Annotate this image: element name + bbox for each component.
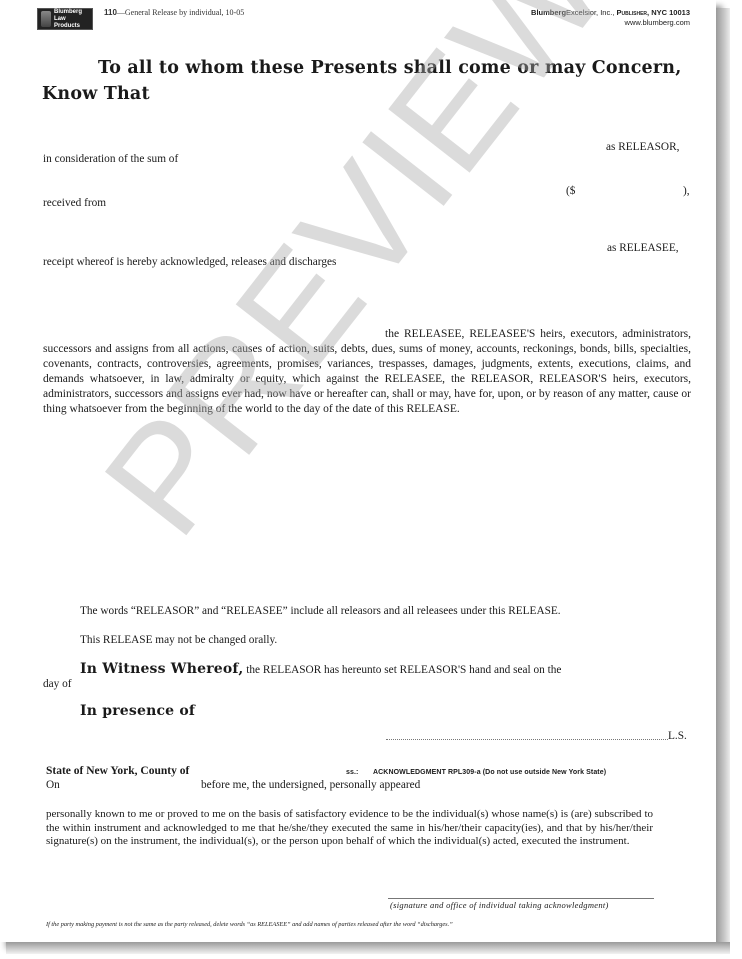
publisher-name: Excelsior, Inc.,: [566, 8, 616, 17]
release-paragraph: the RELEASEE, RELEASEE'S heirs, executor…: [43, 327, 691, 417]
received-from-label: received from: [43, 197, 106, 209]
document-title: To all to whom these Presents shall come…: [98, 58, 682, 78]
page-shadow-bottom: [6, 942, 730, 954]
day-of-label: day of: [43, 678, 72, 690]
dollar-open: ($: [566, 185, 575, 197]
publisher-brand: Blumberg: [531, 8, 566, 17]
witness-text: the RELEASOR has hereunto set RELEASOR'S…: [243, 664, 561, 676]
release-paragraph-text: the RELEASEE, RELEASEE'S heirs, executor…: [43, 328, 691, 415]
form-number-value: 110: [104, 8, 117, 17]
sum-words-field[interactable]: [200, 180, 560, 194]
as-releasee-label: as RELEASEE,: [607, 242, 679, 254]
witness-lead: In Witness Whereof,: [80, 661, 243, 677]
form-description: —General Release by individual, 10-05: [117, 8, 244, 17]
notary-signature-line[interactable]: [388, 898, 654, 899]
ss-label: ss.:: [346, 769, 358, 776]
form-number: 110—General Release by individual, 10-05: [104, 8, 244, 17]
releasor-signature-line[interactable]: [386, 739, 668, 740]
county-field[interactable]: [250, 762, 340, 776]
footnote: If the party making payment is not the s…: [46, 921, 453, 928]
no-oral-change-clause: This RELEASE may not be changed orally.: [80, 634, 277, 646]
releasee-name-field[interactable]: [43, 222, 598, 240]
before-me-label: before me, the undersigned, personally a…: [201, 779, 420, 791]
publisher-info: BlumbergExcelsior, Inc., Publisher, NYC …: [531, 8, 690, 28]
document-subtitle: Know That: [42, 84, 150, 104]
on-label: On: [46, 779, 60, 791]
justice-figure-icon: [41, 11, 51, 27]
seal-label: L.S.: [668, 730, 687, 742]
publisher-logo: Blumberg Law Products: [37, 8, 93, 30]
date-field[interactable]: [70, 778, 190, 792]
publisher-role: Publisher, NYC 10013: [616, 8, 690, 17]
consideration-label: in consideration of the sum of: [43, 153, 178, 165]
publisher-website: www.blumberg.com: [531, 18, 690, 28]
acknowledgment-title: ACKNOWLEDGMENT RPL309-a (Do not use outs…: [373, 769, 606, 776]
signature-caption: (signature and office of individual taki…: [390, 900, 609, 910]
as-releasor-label: as RELEASOR,: [606, 141, 679, 153]
logo-text: Blumberg Law Products: [54, 9, 92, 30]
state-county-label: State of New York, County of: [46, 765, 189, 777]
discharged-parties-field[interactable]: [43, 280, 683, 320]
acknowledgment-body: personally known to me or proved to me o…: [46, 808, 653, 849]
sum-amount-field[interactable]: [580, 180, 680, 194]
in-presence-of-label: In presence of: [80, 703, 195, 719]
witness-clause: In Witness Whereof, the RELEASOR has her…: [80, 660, 561, 678]
definitions-clause: The words “RELEASOR” and “RELEASEE” incl…: [80, 605, 561, 617]
dollar-close: ),: [683, 185, 690, 197]
receipt-whereof-label: receipt whereof is hereby acknowledged, …: [43, 256, 336, 268]
page-shadow-right: [716, 8, 730, 948]
